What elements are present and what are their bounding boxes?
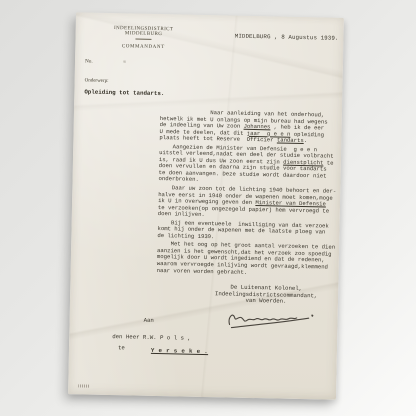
letterhead-divider	[135, 38, 151, 39]
subject-label: Onderwerp:	[85, 78, 109, 83]
printer-mark	[78, 384, 89, 387]
paragraph: Naar aanleiding van het onderhoud,hetwel…	[159, 109, 344, 146]
recipient-place: Y e r s e k e .	[151, 347, 208, 355]
letterhead-role: COMMANDANT	[91, 44, 195, 51]
recipient-te: te	[118, 344, 125, 351]
handwritten-signature	[222, 307, 321, 336]
recipient-aan: Aan	[144, 317, 154, 324]
photo-background: INDEELINGSDISTRICT MIDDELBURG COMMANDANT…	[0, 0, 416, 416]
paragraph: Aangezien de Minister van Defensie g e e…	[158, 144, 343, 187]
letterhead-district-line2: MIDDELBURG	[92, 31, 196, 38]
date-line: MIDDELBURG , 8 Augustus 1939.	[235, 33, 339, 42]
closing-block: De Luitenant Kolonel,Indeelingsdistricts…	[198, 284, 334, 307]
reference-number-row: No. =	[85, 58, 93, 64]
paragraph: Met het oog op het groot aantal verzoeke…	[157, 241, 342, 278]
number-label: No.	[85, 58, 93, 64]
letter-body: Naar aanleiding van het onderhoud,hetwel…	[157, 109, 344, 280]
recipient-name: den Heer R.W. P o l s ,	[112, 333, 191, 342]
document-paper: INDEELINGSDISTRICT MIDDELBURG COMMANDANT…	[68, 12, 344, 400]
subject-line: Opleiding tot tandarts.	[84, 88, 164, 97]
number-value: =	[123, 59, 127, 65]
paragraph: Bij een eventueele inwilliging van dat v…	[157, 220, 341, 243]
paragraph: Daar uw zoon tot de lichting 1940 behoor…	[158, 185, 343, 222]
letterhead: INDEELINGSDISTRICT MIDDELBURG COMMANDANT	[91, 26, 195, 51]
